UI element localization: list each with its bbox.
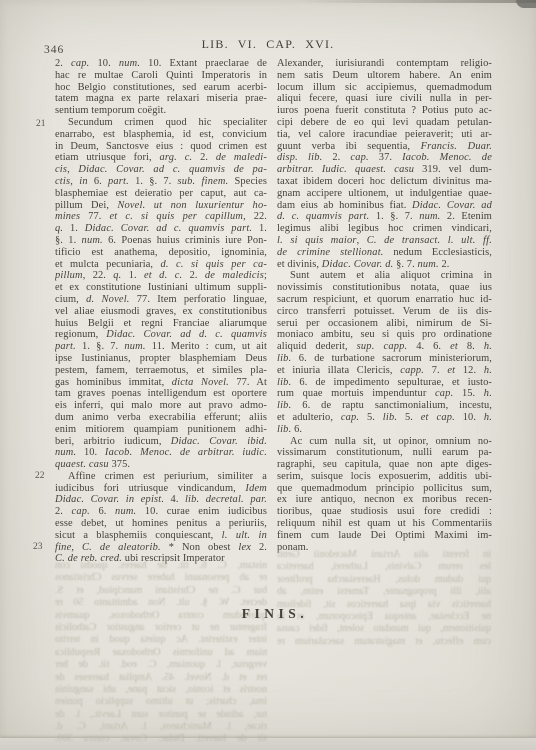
text-line: cis, Didac. Covar. ad c. quamvis de pa-	[55, 164, 267, 176]
paragraph: Ac cum nulla sit, ut opinor, omnium no-v…	[277, 436, 492, 554]
text-line: fine, C. de aleatorib. * Non obest lex 2…	[55, 542, 267, 554]
text-line: §. 1. num. 6. Poenas huius criminis iure…	[55, 235, 267, 247]
text-line: iuros poena fuerit constituta ? Potius p…	[277, 105, 492, 117]
text-line: dam eius ab hominibus fiat. Didac. Covar…	[277, 200, 492, 212]
text-line: ragraphi, seu capitula, quae non apte di…	[277, 459, 492, 471]
text-line: disp. lib. 2. cap. 37. Iacob. Menoc. de	[277, 152, 492, 164]
text-line: cium, d. Novel. 77. Item perforatio ling…	[55, 294, 267, 306]
text-line: sicut a blasphemiis conquiescant, l. ult…	[55, 530, 267, 542]
text-line: cipi debere de eo qui levi quadam petula…	[277, 117, 492, 129]
text-line: Alexander, iurisiurandi contemptam relig…	[277, 58, 492, 70]
bleedthrough-line: niam ad uniformis Orthodoxae Respublica	[55, 647, 267, 659]
text-columns: 2. cap. 10. num. 10. Extant praeclarae d…	[55, 58, 492, 565]
text-line: tificio est anathema, depositio, ignomin…	[55, 247, 267, 259]
text-line: q. 1. Didac. Covar. ad c. quamvis part. …	[55, 223, 267, 235]
bleedthrough-line: quisitionem, qui mandato solent, fidei c…	[277, 623, 491, 635]
text-line: lib. 6. de impedimento sepulturae, et iu…	[277, 377, 492, 389]
text-line: Affine crimen est periurium, similiter a	[55, 471, 267, 483]
bleedthrough-line: alii, illi propugnante, Tametsi enim, ab	[277, 586, 491, 598]
text-line: locum illum sic accipiemus, quemadmodum	[277, 82, 492, 94]
text-line: ipse Iustinianus, propter blasphemiam De…	[55, 353, 267, 365]
paragraph: Alexander, iurisiurandi contemptam relig…	[277, 58, 492, 270]
bleedthrough-line: bur C. ne Christiani mancipiud, et S.	[55, 585, 267, 597]
margin-note-21: 21	[36, 119, 46, 129]
text-line: dum animo verba execrabilia efferunt; al…	[55, 412, 267, 424]
text-line: et adulterio, cap. 5. lib. 5. et cap. 10…	[277, 412, 492, 424]
paragraph: Sunt autem et alia aliquot crimina innov…	[277, 270, 492, 435]
text-line: eis inferri, qui malo more aut pravo adm…	[55, 400, 267, 412]
text-line: enarrabo, est blasphemia, id est, convic…	[55, 129, 267, 141]
text-line: reliquum nihil est quam ut his Commentar…	[277, 518, 492, 530]
text-line: finem cum laude Dei Optimi Maximi im-	[277, 530, 492, 542]
text-line: mines 77. et c. si quis per capillum, 22…	[55, 211, 267, 223]
text-line: regionum, Didac. Covar. ad d. c. quamvis	[55, 329, 267, 341]
text-line: novissimis constitutionibus notata, quae…	[277, 282, 492, 294]
text-line: Sunt autem et alia aliquot crimina in	[277, 270, 492, 282]
scan-corner-artifact	[516, 0, 536, 8]
paragraph: 2. cap. 10. num. 10. Extant praeclarae d…	[55, 58, 267, 117]
text-line: sentium temporum coëgit.	[55, 105, 267, 117]
right-column: Alexander, iurisiurandi contemptam relig…	[277, 58, 492, 565]
text-line: rum quae mortuis impenduntur cap. 15. h.	[277, 388, 492, 400]
text-line: Ac cum nulla sit, ut opinor, omnium no-	[277, 436, 492, 448]
bleedthrough-line: re ab personauni habere servus Christian…	[55, 572, 267, 584]
text-line: vissimarum constitutionum, nulli earum p…	[277, 447, 492, 459]
scan-top-edge-shadow	[0, 0, 536, 3]
text-line: tatem magna ex parte relaxari miseria pr…	[55, 93, 267, 105]
text-line: beri, arbitrio iudicum, Didac. Covar. ib…	[55, 436, 267, 448]
text-line: in Deum, Sanctosve eius : quod crimen es…	[55, 141, 267, 153]
running-title: LIB. VI. CAP. XVI.	[0, 37, 536, 52]
text-line: guunt verba ibi sequentia, Francis. Duar…	[277, 141, 492, 153]
bleedthrough-text-left: nistam, C. 6. tit. de haeres. quodsi con…	[55, 560, 267, 746]
text-line: ctis, in 6. part. 1. §. 7. sub. finem. S…	[55, 176, 267, 188]
paragraph: Secundum crimen quod hic specialiterenar…	[55, 117, 267, 471]
text-line: et mulcta pecuniaria, d. c. si quis per …	[55, 259, 267, 271]
text-line: gnam accipere ultionem, ut indulgentiae …	[277, 188, 492, 200]
text-line: que quemadmodum principio pollicitus sum…	[277, 483, 492, 495]
bleedthrough-line: ima, chartis; ut ultimo supplicio punien	[55, 696, 267, 708]
text-line: esse debet, ut homines penitus a periuri…	[55, 518, 267, 530]
text-line: etiam utriusque fori, arg. c. 2. de male…	[55, 152, 267, 164]
text-line: d. c. quamvis part. 1. §. 7. num. 2. Ete…	[277, 211, 492, 223]
bleedthrough-text-right: in ferenti alia Arriani Macedonii Gentil…	[277, 549, 491, 648]
scanned-book-page: 346 LIB. VI. CAP. XVI. 2. cap. 10. num. …	[0, 0, 536, 750]
bleedthrough-line: vergetur, l. quoniam, C. eod. tit. de he…	[55, 659, 267, 671]
text-line: part. 1. §. 7. num. 11. Merito : cum, ut…	[55, 341, 267, 353]
text-line: aliquid dederit, sup. capp. 4. 6. et 8. …	[277, 341, 492, 353]
text-line: ex iure antiquo, necnon ex moribus recen…	[277, 494, 492, 506]
text-line: tioribus, quae studiosis usui fore credi…	[277, 506, 492, 518]
bleedthrough-line: in ferenti alia Arriani Macedonii Genti	[277, 549, 491, 561]
text-line: 2. cap. 10. num. 10. Extant praeclarae d…	[55, 58, 267, 70]
text-line: de crimine stellionat. nedum Ecclesiasti…	[277, 247, 492, 259]
text-line: 2. cap. 6. num. 10. curae enim iudicibus	[55, 506, 267, 518]
text-line: serim, suisque locis exposuerim, additis…	[277, 471, 492, 483]
text-line: legimus alibi legibus hoc crimen vindica…	[277, 223, 492, 235]
text-line: et ex constitutione Iustiniani ultimum s…	[55, 282, 267, 294]
bleedthrough-line: tur, adinde se punitor sunt Laevit., l. …	[55, 709, 267, 721]
text-line: gas hominibus immitat, dicta Novel. 77. …	[55, 377, 267, 389]
margin-note-23: 23	[33, 542, 43, 552]
text-line: arbitrar. Iudic. quaest. casu 319. vel d…	[277, 164, 492, 176]
text-line: iudicibus fori utriusque vindicandum, Id…	[55, 483, 267, 495]
text-line: sacrum respiciunt, et quorum enarratio h…	[277, 294, 492, 306]
bleedthrough-line: cum effectu, et magistratum saecularium …	[277, 636, 491, 648]
text-line: num. 10. Iacob. Menoc. de arbitrar. iudi…	[55, 447, 267, 459]
bleedthrough-line: les rerum Calvinis, Lutherei, haeretica	[277, 561, 491, 573]
text-line: moniaco ambitu, seu si quis pro ordinati…	[277, 329, 492, 341]
text-line: aliqui fecere, quasi iure civili nulla i…	[277, 93, 492, 105]
text-line: huius Belgii et regni Franciae aliarumqu…	[55, 318, 267, 330]
text-line: vel aliae eiusmodi graves, ex constituti…	[55, 306, 267, 318]
text-line: lib. 6.	[277, 424, 492, 436]
bleedthrough-line: nistam, C. 6. tit. de haeres. quodsi con	[55, 560, 267, 572]
text-line: quaest. casu 375.	[55, 459, 267, 471]
text-line: Didac. Covar. in epist. 4. lib. decretal…	[55, 494, 267, 506]
text-line: pestem, famem, terraemotus, et similes p…	[55, 365, 267, 377]
bleedthrough-line: nostris et iconio, sicut pane, ubi sangu…	[55, 684, 267, 696]
text-line: lib. 6. de turbatione sacrorum ministeri…	[277, 353, 492, 365]
text-line: circo transferri potuisset. Verum de iis…	[277, 306, 492, 318]
bleedthrough-line: sit de haereti. Didac. Covar. contra 300…	[55, 733, 267, 745]
text-line: et divinis, Didac. Covar. d. §. 7. num. …	[277, 259, 492, 271]
text-line: et iniuria illata Clericis, capp. 7. et …	[277, 365, 492, 377]
text-line: pillum Dei, Novel. ut non luxurientur ho…	[55, 200, 267, 212]
text-line: l. si quis maior, C. de transact. l. ult…	[277, 235, 492, 247]
text-line: enim mitiorem quampiam punitionem adhi-	[55, 424, 267, 436]
left-column: 2. cap. 10. num. 10. Extant praeclarae d…	[55, 58, 267, 565]
paragraph: Affine crimen est periurium, similiter a…	[55, 471, 267, 565]
bleedthrough-line: qui dudum dolus, Haeresiarcha profiteor	[277, 574, 491, 586]
bleedthrough-line: fragentur ne ut certior angustior Cathol…	[55, 622, 267, 634]
finis-label: FINIS.	[14, 606, 536, 622]
text-line: blasphemiae est deieratio per caput, aut…	[55, 188, 267, 200]
text-line: tia, vel calore iracundiae peieraverit; …	[277, 129, 492, 141]
bleedthrough-line: ret et d. Novel. 45. Ampliat haereses de	[55, 672, 267, 684]
text-line: nem satis Deum ultorem habere. An enim	[277, 70, 492, 82]
text-line: pillum, 22. q. 1. et d. c. 2. de maledic…	[55, 270, 267, 282]
text-line: hoc Belgio constitutiones, sed earum ace…	[55, 82, 267, 94]
text-line: lib. 6. de raptu sanctimonialium, incest…	[277, 400, 492, 412]
text-line: hac re multae Caroli Quinti Imperatoris …	[55, 70, 267, 82]
text-line: serui per occasionem alibi, nimirum de S…	[277, 318, 492, 330]
text-line: taxat ibidem doceri hoc delictum divinit…	[277, 176, 492, 188]
text-line: Secundum crimen quod hic specialiter	[55, 117, 267, 129]
bleedthrough-line: ricae, l. Manichaeos, l. Ariani, C. d.	[55, 721, 267, 733]
margin-note-22: 22	[35, 471, 45, 481]
text-line: tam graves poenas intelligendum est opor…	[55, 388, 267, 400]
bleedthrough-line: inter extiterint. Ac quieta quod in terr…	[55, 634, 267, 646]
